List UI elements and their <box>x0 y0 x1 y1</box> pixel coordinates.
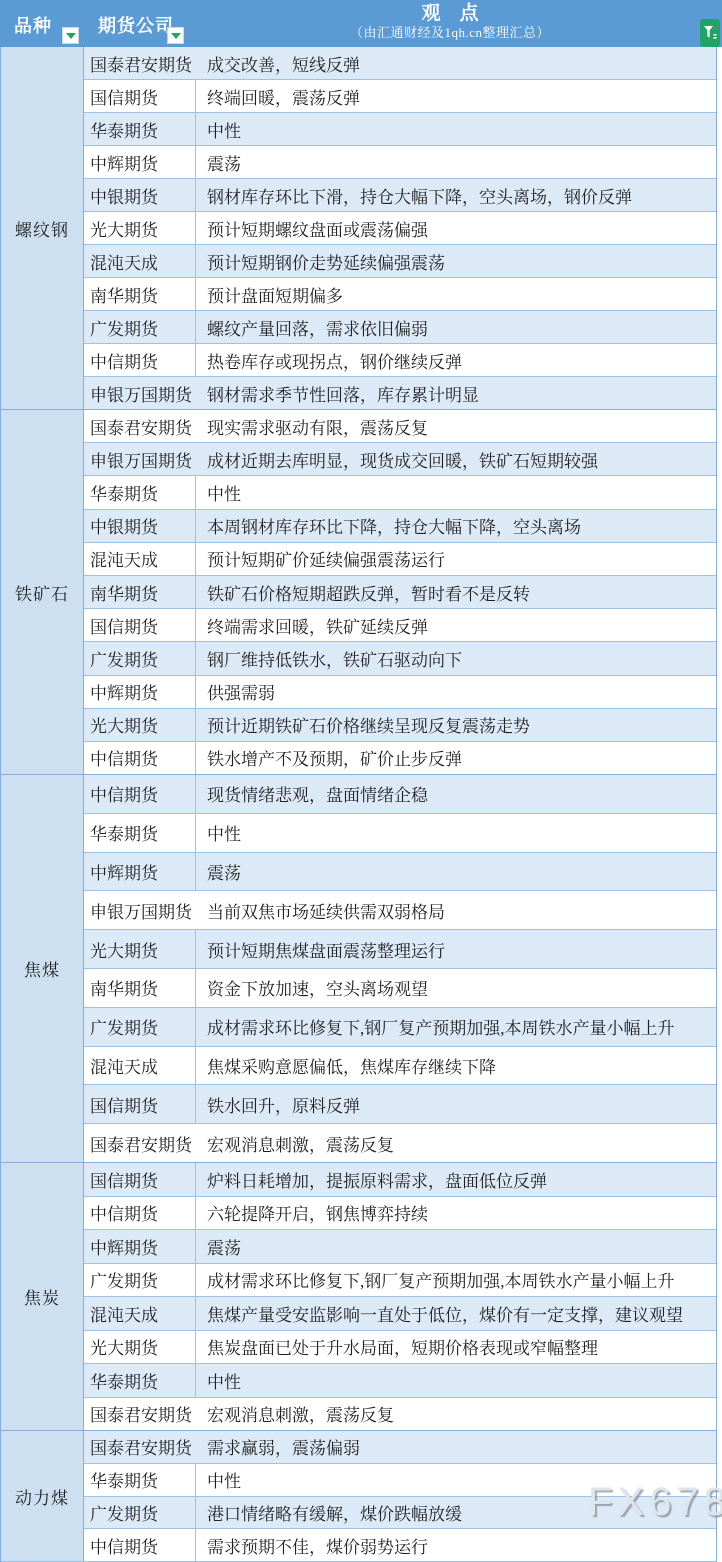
table-row: 南华期货 预计盘面短期偏多 <box>84 278 716 311</box>
opinion-cell[interactable]: 资金下放加速，空头离场观望 <box>196 969 716 1007</box>
opinion-cell[interactable]: 宏观消息刺激，震荡反复 <box>196 1124 716 1162</box>
opinion-cell[interactable]: 震荡 <box>196 853 716 891</box>
table-row: 华泰期货 中性 <box>84 476 716 509</box>
company-cell[interactable]: 国信期货 <box>84 1085 196 1123</box>
commodity-section: 铁矿石 国泰君安期货 现实需求驱动有限，震荡反复 申银万国期货 成材近期去库明显… <box>1 410 716 775</box>
table-row: 广发期货 钢厂维持低铁水，铁矿石驱动向下 <box>84 642 716 675</box>
table-row: 国泰君安期货 需求赢弱，震荡偏弱 <box>84 1431 716 1464</box>
company-cell[interactable]: 广发期货 <box>84 311 196 343</box>
opinion-cell[interactable]: 震荡 <box>196 146 716 178</box>
table-row: 光大期货 预计短期螺纹盘面或震荡偏强 <box>84 212 716 245</box>
company-cell[interactable]: 中信期货 <box>84 1197 196 1230</box>
table-row: 华泰期货 中性 <box>84 113 716 146</box>
opinion-cell[interactable]: 预计短期矿价延续偏强震荡运行 <box>196 543 716 575</box>
opinion-cell[interactable]: 中性 <box>196 1464 716 1496</box>
table-row: 国泰君安期货 宏观消息刺激，震荡反复 <box>84 1124 716 1162</box>
company-cell[interactable]: 广发期货 <box>84 1008 196 1046</box>
table-row: 光大期货 预计短期焦煤盘面震荡整理运行 <box>84 930 716 969</box>
company-cell[interactable]: 国泰君安期货 <box>84 410 196 442</box>
opinion-cell[interactable]: 热卷库存或现拐点，钢价继续反弹 <box>196 344 716 376</box>
company-cell[interactable]: 广发期货 <box>84 1497 196 1529</box>
opinion-cell[interactable]: 中性 <box>196 476 716 508</box>
company-cell[interactable]: 申银万国期货 <box>84 443 196 475</box>
opinion-cell[interactable]: 终端需求回暖，铁矿延续反弹 <box>196 609 716 641</box>
opinion-cell[interactable]: 钢材库存环比下滑，持仓大幅下降，空头离场，钢价反弹 <box>196 179 716 211</box>
commodity-section: 焦炭 国信期货 炉料日耗增加，提振原料需求，盘面低位反弹 中信期货 六轮提降开启… <box>1 1163 716 1431</box>
opinion-column-header: 观 点 （由汇通财经及1qh.cn整理汇总） <box>195 0 705 47</box>
company-cell[interactable]: 中辉期货 <box>84 146 196 178</box>
table-row: 国信期货 铁水回升，原料反弹 <box>84 1085 716 1124</box>
company-cell[interactable]: 国信期货 <box>84 80 196 112</box>
section-rows: 国泰君安期货 需求赢弱，震荡偏弱 华泰期货 中性 广发期货 港口情绪略有缓解，煤… <box>84 1431 716 1561</box>
company-cell[interactable]: 国泰君安期货 <box>84 47 196 79</box>
company-cell[interactable]: 混沌天成 <box>84 1297 196 1330</box>
company-cell[interactable]: 南华期货 <box>84 576 196 608</box>
company-cell[interactable]: 广发期货 <box>84 642 196 674</box>
company-cell[interactable]: 中银期货 <box>84 179 196 211</box>
table-row: 申银万国期货 钢材需求季节性回落，库存累计明显 <box>84 377 716 409</box>
table-row: 申银万国期货 当前双焦市场延续供需双弱格局 <box>84 891 716 930</box>
company-cell[interactable]: 中信期货 <box>84 775 196 813</box>
company-cell[interactable]: 申银万国期货 <box>84 891 196 929</box>
table-row: 申银万国期货 成材近期去库明显，现货成交回暖，铁矿石短期较强 <box>84 443 716 476</box>
company-cell[interactable]: 华泰期货 <box>84 814 196 852</box>
species-cell[interactable]: 焦炭 <box>1 1163 84 1430</box>
company-filter-button[interactable] <box>167 27 184 44</box>
opinion-cell[interactable]: 成交改善，短线反弹 <box>196 47 716 79</box>
species-cell[interactable]: 焦煤 <box>1 775 84 1162</box>
table-row: 广发期货 成材需求环比修复下,钢厂复产预期加强,本周铁水产量小幅上升 <box>84 1264 716 1298</box>
section-rows: 国信期货 炉料日耗增加，提振原料需求，盘面低位反弹 中信期货 六轮提降开启，钢焦… <box>84 1163 716 1430</box>
company-column-header: 期货公司 <box>98 12 174 38</box>
commodity-section: 螺纹钢 国泰君安期货 成交改善，短线反弹 国信期货 终端回暖，震荡反弹 华泰期货… <box>1 47 716 410</box>
table-row: 国泰君安期货 宏观消息刺激，震荡反复 <box>84 1398 716 1431</box>
table-row: 中信期货 六轮提降开启，钢焦博弈持续 <box>84 1197 716 1231</box>
company-cell[interactable]: 国泰君安期货 <box>84 1124 196 1162</box>
table-row: 广发期货 螺纹产量回落，需求依旧偏弱 <box>84 311 716 344</box>
opinion-cell[interactable]: 中性 <box>196 814 716 852</box>
table-row: 南华期货 资金下放加速，空头离场观望 <box>84 969 716 1008</box>
opinion-cell[interactable]: 成材需求环比修复下,钢厂复产预期加强,本周铁水产量小幅上升 <box>196 1008 716 1046</box>
table-row: 光大期货 预计近期铁矿石价格继续呈现反复震荡走势 <box>84 709 716 742</box>
opinion-cell[interactable]: 预计短期螺纹盘面或震荡偏强 <box>196 212 716 244</box>
opinion-cell[interactable]: 本周钢材库存环比下降，持仓大幅下降，空头离场 <box>196 510 716 542</box>
species-cell[interactable]: 动力煤 <box>1 1431 84 1561</box>
table-row: 华泰期货 中性 <box>84 1464 716 1497</box>
opinion-cell[interactable]: 炉料日耗增加，提振原料需求，盘面低位反弹 <box>196 1163 716 1196</box>
company-cell[interactable]: 国泰君安期货 <box>84 1398 196 1431</box>
species-cell[interactable]: 螺纹钢 <box>1 47 84 409</box>
table-row: 混沌天成 焦煤采购意愿偏低，焦煤库存继续下降 <box>84 1047 716 1086</box>
table-header: 品种 期货公司 观 点 （由汇通财经及1qh.cn整理汇总） <box>0 0 722 47</box>
company-cell[interactable]: 中银期货 <box>84 510 196 542</box>
opinion-cell[interactable]: 铁水回升，原料反弹 <box>196 1085 716 1123</box>
opinion-cell[interactable]: 港口情绪略有缓解，煤价跌幅放缓 <box>196 1497 716 1529</box>
table-row: 华泰期货 中性 <box>84 814 716 853</box>
opinion-cell[interactable]: 现货情绪悲观，盘面情绪企稳 <box>196 775 716 813</box>
filter-dropdown-icon <box>66 33 76 39</box>
table-row: 混沌天成 预计短期矿价延续偏强震荡运行 <box>84 543 716 576</box>
company-cell[interactable]: 混沌天成 <box>84 1047 196 1085</box>
opinion-cell[interactable]: 焦煤采购意愿偏低，焦煤库存继续下降 <box>196 1047 716 1085</box>
company-cell[interactable]: 广发期货 <box>84 1264 196 1297</box>
table-row: 华泰期货 中性 <box>84 1364 716 1398</box>
table-row: 国泰君安期货 成交改善，短线反弹 <box>84 47 716 80</box>
active-filter-button[interactable] <box>700 19 720 47</box>
filter-dropdown-icon <box>171 33 181 39</box>
opinion-cell[interactable]: 当前双焦市场延续供需双弱格局 <box>196 891 716 929</box>
table-row: 南华期货 铁矿石价格短期超跌反弹，暂时看不是反转 <box>84 576 716 609</box>
table-row: 广发期货 港口情绪略有缓解，煤价跌幅放缓 <box>84 1497 716 1530</box>
company-cell[interactable]: 南华期货 <box>84 969 196 1007</box>
opinion-cell[interactable]: 六轮提降开启，钢焦博弈持续 <box>196 1197 716 1230</box>
company-cell[interactable]: 华泰期货 <box>84 476 196 508</box>
company-cell[interactable]: 中辉期货 <box>84 676 196 708</box>
opinion-cell[interactable]: 铁矿石价格短期超跌反弹，暂时看不是反转 <box>196 576 716 608</box>
species-filter-button[interactable] <box>62 27 79 44</box>
company-cell[interactable]: 国泰君安期货 <box>84 1431 196 1463</box>
table-row: 广发期货 成材需求环比修复下,钢厂复产预期加强,本周铁水产量小幅上升 <box>84 1008 716 1047</box>
opinion-cell[interactable]: 供强需弱 <box>196 676 716 708</box>
company-cell[interactable]: 华泰期货 <box>84 1364 196 1397</box>
table-row: 国泰君安期货 现实需求驱动有限，震荡反复 <box>84 410 716 443</box>
opinion-cell[interactable]: 需求预期不佳，煤价弱势运行 <box>196 1529 716 1561</box>
opinion-cell[interactable]: 焦炭盘面已处于升水局面，短期价格表现或窄幅整理 <box>196 1331 716 1364</box>
company-cell[interactable]: 混沌天成 <box>84 543 196 575</box>
species-column-header: 品种 <box>14 12 52 38</box>
company-cell[interactable]: 华泰期货 <box>84 1464 196 1496</box>
opinion-cell[interactable]: 震荡 <box>196 1230 716 1263</box>
section-rows: 国泰君安期货 成交改善，短线反弹 国信期货 终端回暖，震荡反弹 华泰期货 中性 … <box>84 47 716 409</box>
opinion-cell[interactable]: 螺纹产量回落，需求依旧偏弱 <box>196 311 716 343</box>
company-cell[interactable]: 华泰期货 <box>84 113 196 145</box>
company-cell[interactable]: 中辉期货 <box>84 1230 196 1263</box>
opinion-cell[interactable]: 铁水增产不及预期，矿价止步反弹 <box>196 742 716 774</box>
table-row: 国信期货 炉料日耗增加，提振原料需求，盘面低位反弹 <box>84 1163 716 1197</box>
table-row: 中信期货 现货情绪悲观，盘面情绪企稳 <box>84 775 716 814</box>
opinion-cell[interactable]: 焦煤产量受安监影响一直处于低位，煤价有一定支撑，建议观望 <box>196 1297 716 1330</box>
company-cell[interactable]: 南华期货 <box>84 278 196 310</box>
section-rows: 中信期货 现货情绪悲观，盘面情绪企稳 华泰期货 中性 中辉期货 震荡 申银万国期… <box>84 775 716 1162</box>
table-row: 中辉期货 震荡 <box>84 1230 716 1264</box>
opinion-cell[interactable]: 终端回暖，震荡反弹 <box>196 80 716 112</box>
table-row: 混沌天成 焦煤产量受安监影响一直处于低位，煤价有一定支撑，建议观望 <box>84 1297 716 1331</box>
table-row: 中银期货 本周钢材库存环比下降，持仓大幅下降，空头离场 <box>84 510 716 543</box>
company-cell[interactable]: 中信期货 <box>84 742 196 774</box>
opinion-cell[interactable]: 预计短期焦煤盘面震荡整理运行 <box>196 930 716 968</box>
company-cell[interactable]: 光大期货 <box>84 212 196 244</box>
company-cell[interactable]: 混沌天成 <box>84 245 196 277</box>
company-cell[interactable]: 中辉期货 <box>84 853 196 891</box>
table-row: 中信期货 需求预期不佳，煤价弱势运行 <box>84 1529 716 1561</box>
opinion-cell[interactable]: 现实需求驱动有限，震荡反复 <box>196 410 716 442</box>
company-cell[interactable]: 光大期货 <box>84 1331 196 1364</box>
opinion-cell[interactable]: 成材近期去库明显，现货成交回暖，铁矿石短期较强 <box>196 443 716 475</box>
table-row: 中信期货 热卷库存或现拐点，钢价继续反弹 <box>84 344 716 377</box>
company-cell[interactable]: 中信期货 <box>84 1529 196 1561</box>
company-cell[interactable]: 国信期货 <box>84 609 196 641</box>
table-row: 中辉期货 震荡 <box>84 146 716 179</box>
table-row: 国信期货 终端回暖，震荡反弹 <box>84 80 716 113</box>
table-row: 国信期货 终端需求回暖，铁矿延续反弹 <box>84 609 716 642</box>
opinion-cell[interactable]: 宏观消息刺激，震荡反复 <box>196 1398 716 1431</box>
company-cell[interactable]: 申银万国期货 <box>84 377 196 409</box>
table-row: 中银期货 钢材库存环比下滑，持仓大幅下降，空头离场，钢价反弹 <box>84 179 716 212</box>
funnel-icon <box>703 25 717 41</box>
opinion-cell[interactable]: 中性 <box>196 113 716 145</box>
opinion-cell[interactable]: 钢厂维持低铁水，铁矿石驱动向下 <box>196 642 716 674</box>
section-rows: 国泰君安期货 现实需求驱动有限，震荡反复 申银万国期货 成材近期去库明显，现货成… <box>84 410 716 774</box>
company-cell[interactable]: 光大期货 <box>84 930 196 968</box>
company-cell[interactable]: 光大期货 <box>84 709 196 741</box>
opinion-column-subtitle: （由汇通财经及1qh.cn整理汇总） <box>195 25 705 41</box>
species-cell[interactable]: 铁矿石 <box>1 410 84 774</box>
opinion-cell[interactable]: 需求赢弱，震荡偏弱 <box>196 1431 716 1463</box>
opinion-cell[interactable]: 中性 <box>196 1364 716 1397</box>
table-row: 中辉期货 供强需弱 <box>84 676 716 709</box>
opinion-cell[interactable]: 预计短期钢价走势延续偏强震荡 <box>196 245 716 277</box>
opinion-cell[interactable]: 预计近期铁矿石价格继续呈现反复震荡走势 <box>196 709 716 741</box>
table-row: 中信期货 铁水增产不及预期，矿价止步反弹 <box>84 742 716 774</box>
table-row: 光大期货 焦炭盘面已处于升水局面，短期价格表现或窄幅整理 <box>84 1331 716 1365</box>
opinion-column-title: 观 点 <box>195 3 705 25</box>
table-row: 中辉期货 震荡 <box>84 853 716 892</box>
table-body: 螺纹钢 国泰君安期货 成交改善，短线反弹 国信期货 终端回暖，震荡反弹 华泰期货… <box>0 47 717 1562</box>
company-cell[interactable]: 国信期货 <box>84 1163 196 1196</box>
commodity-section: 动力煤 国泰君安期货 需求赢弱，震荡偏弱 华泰期货 中性 广发期货 港口情绪略有… <box>1 1431 716 1562</box>
company-cell[interactable]: 中信期货 <box>84 344 196 376</box>
opinion-cell[interactable]: 钢材需求季节性回落，库存累计明显 <box>196 377 716 409</box>
table-row: 混沌天成 预计短期钢价走势延续偏强震荡 <box>84 245 716 278</box>
opinion-cell[interactable]: 预计盘面短期偏多 <box>196 278 716 310</box>
commodity-section: 焦煤 中信期货 现货情绪悲观，盘面情绪企稳 华泰期货 中性 中辉期货 震荡 申银… <box>1 775 716 1163</box>
opinion-cell[interactable]: 成材需求环比修复下,钢厂复产预期加强,本周铁水产量小幅上升 <box>196 1264 716 1297</box>
